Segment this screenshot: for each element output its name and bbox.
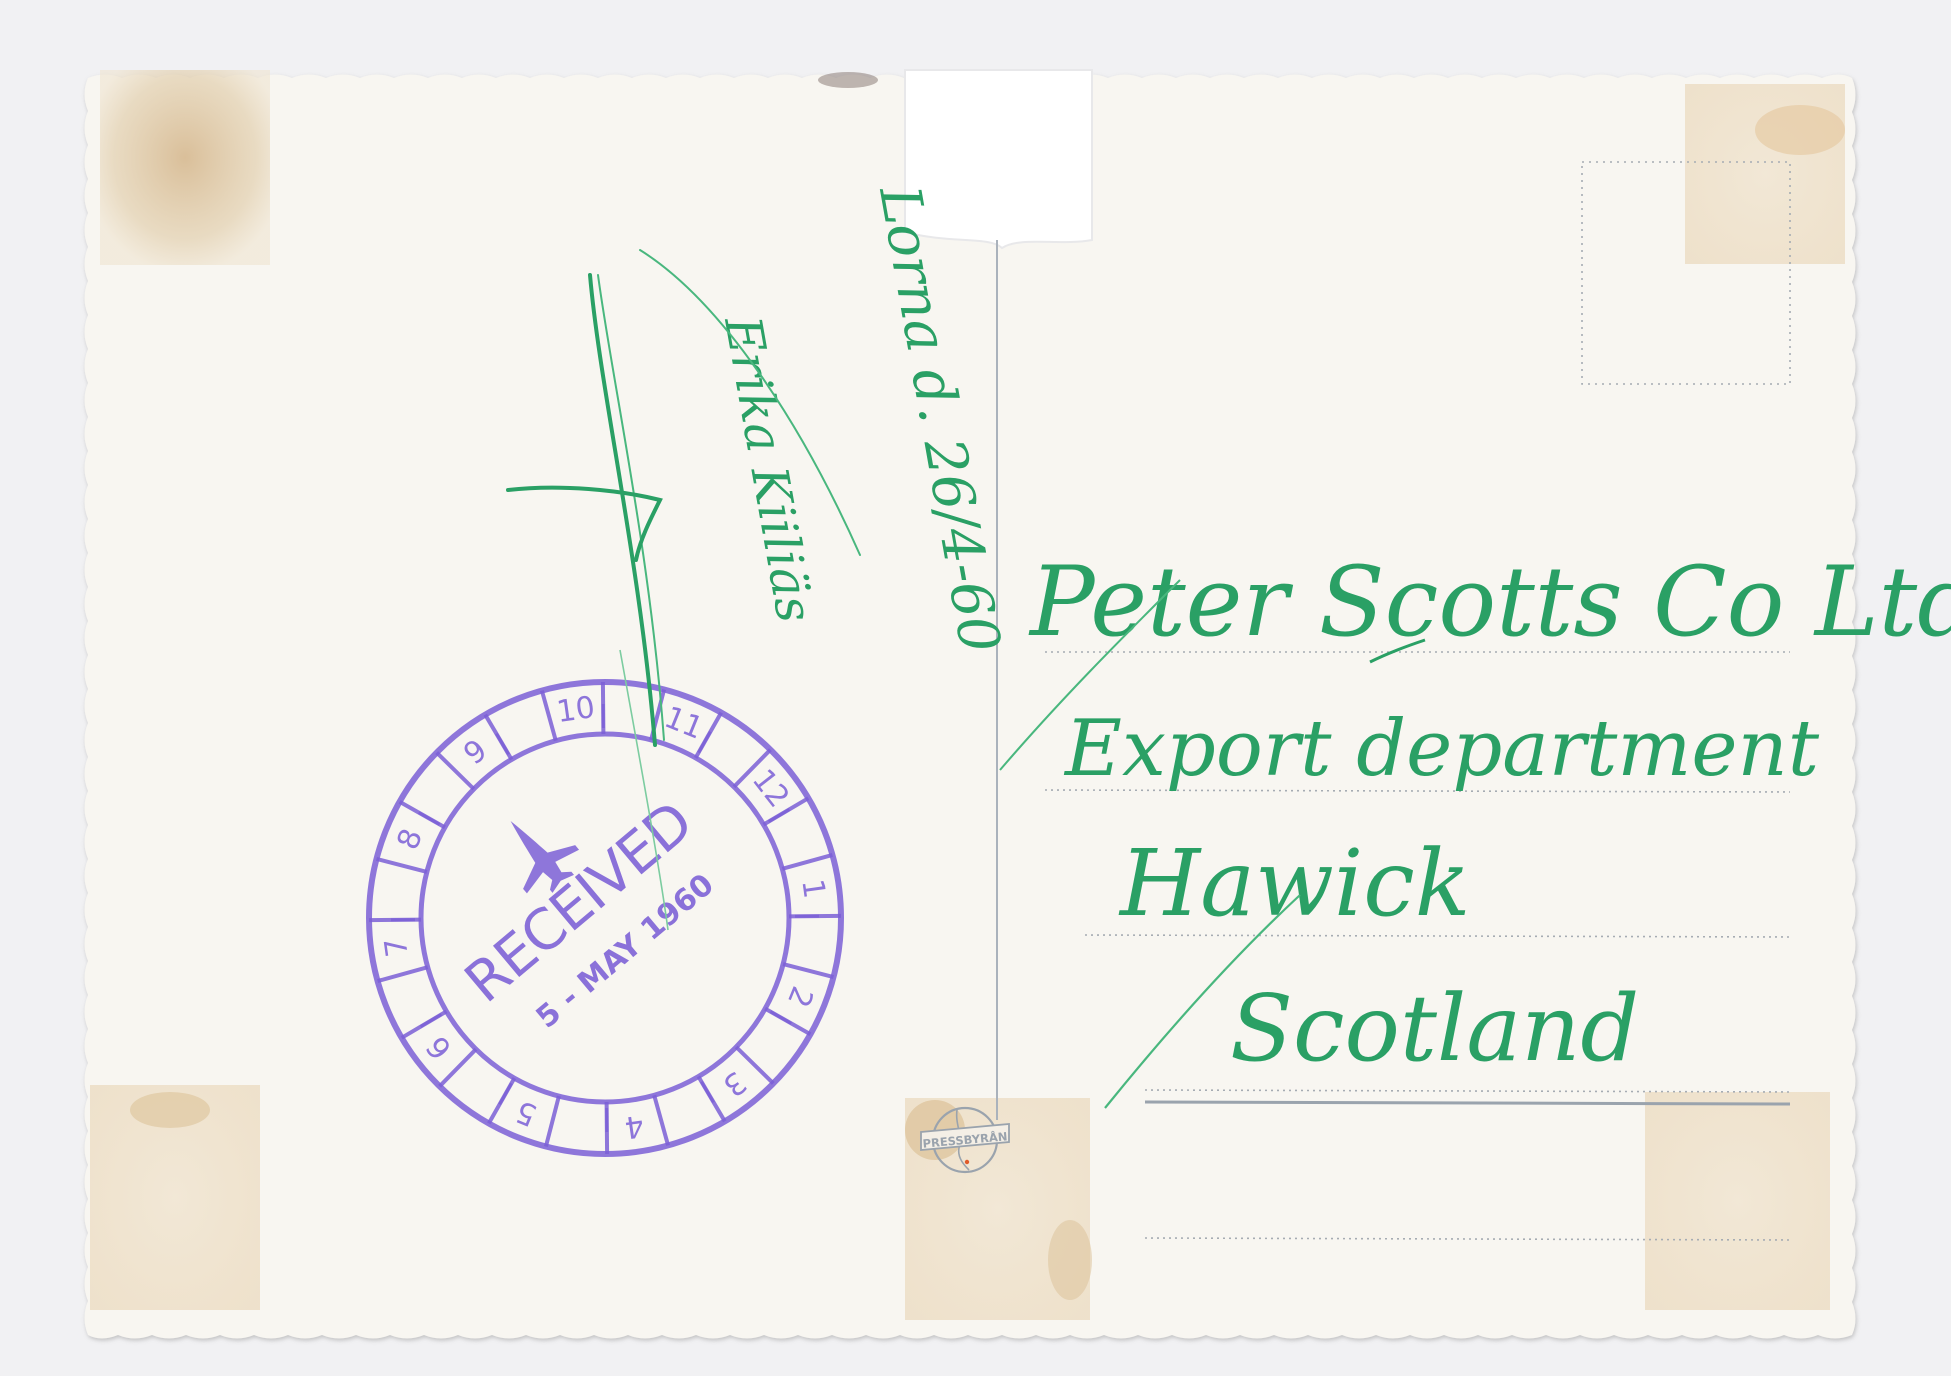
address-line-solid	[1145, 1102, 1790, 1104]
dial-number: 10	[554, 690, 597, 730]
address-line-1: Peter Scotts Co Ltd	[1028, 546, 1951, 658]
address-line-4: Scotland	[1230, 975, 1639, 1082]
tape-top-left	[100, 70, 270, 265]
address-line-3: Hawick	[1118, 830, 1471, 937]
address-line-2: Export department	[1063, 704, 1820, 794]
tape-bottom-right	[1645, 1092, 1830, 1310]
tape-top-right	[1685, 84, 1845, 264]
tape-bottom-left	[90, 1085, 260, 1310]
postcard-scan: PRESSBYRÅN 101112123456789 RECEIVED 5 - …	[0, 0, 1951, 1376]
